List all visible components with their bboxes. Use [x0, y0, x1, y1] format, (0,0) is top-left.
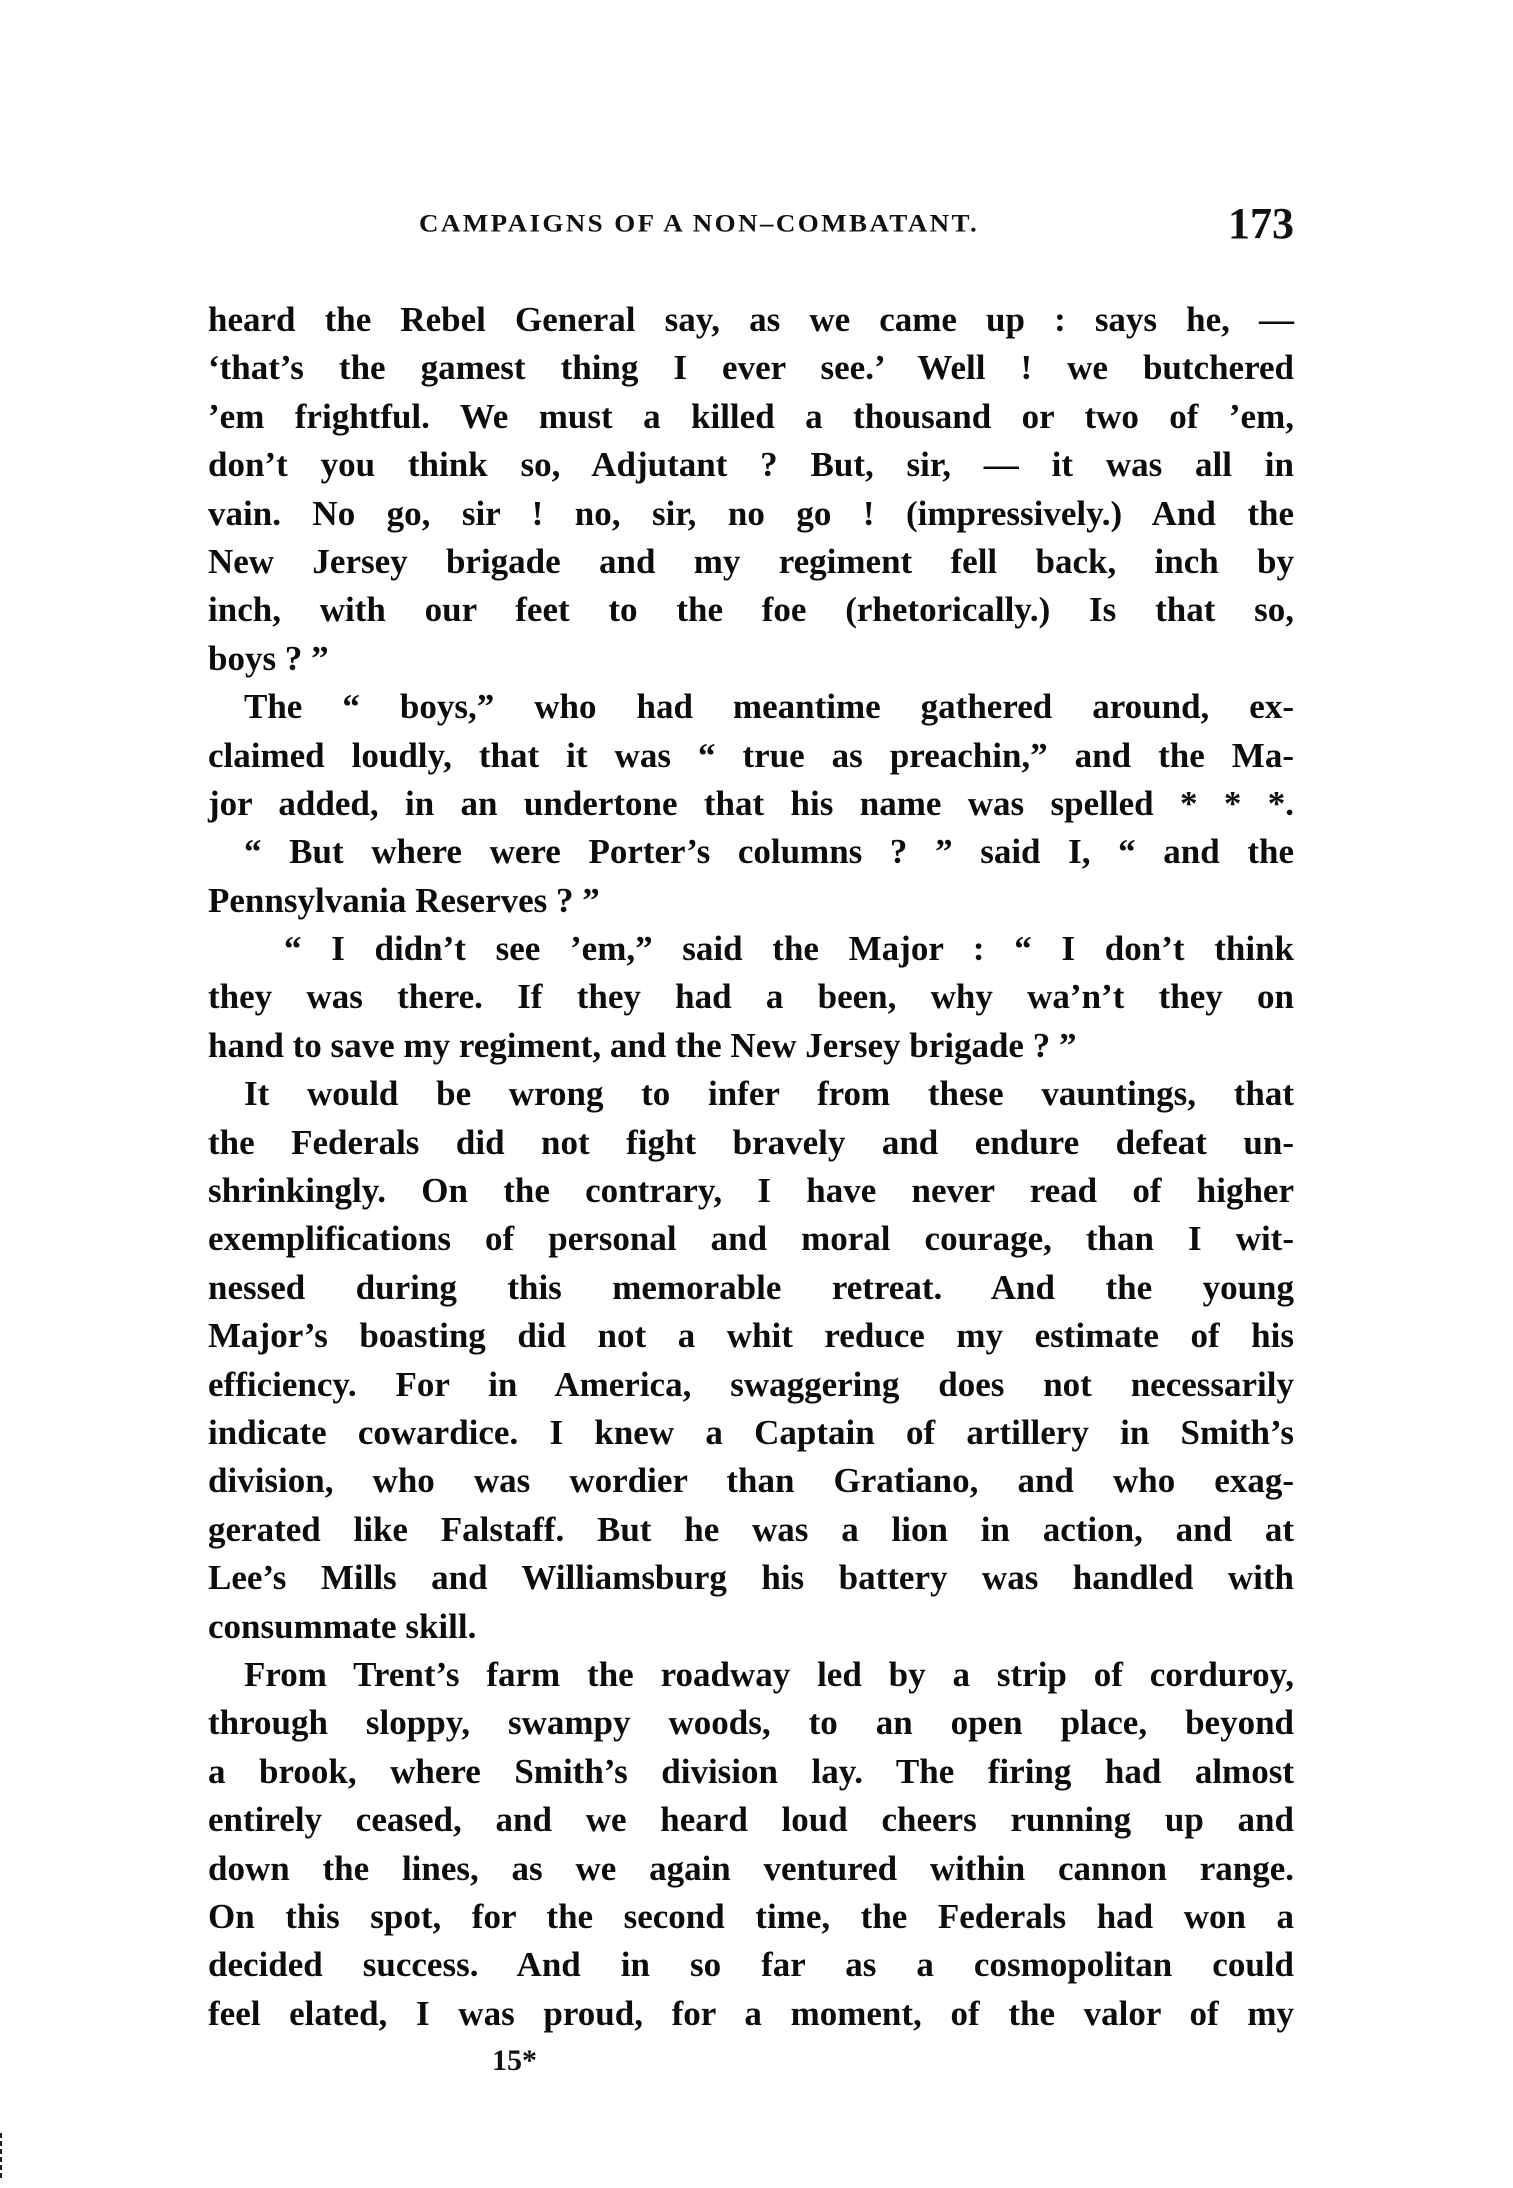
text-line: Major’s boasting did not a whit reduce m… — [208, 1312, 1294, 1360]
text-line: boys ? ” — [208, 635, 1294, 683]
text-line: On this spot, for the second time, the F… — [208, 1893, 1294, 1941]
text-line: claimed loudly, that it was “ true as pr… — [208, 732, 1294, 780]
text-line: From Trent’s farm the roadway led by a s… — [208, 1651, 1294, 1699]
text-line: exemplifications of personal and moral c… — [208, 1215, 1294, 1263]
text-line: decided success. And in so far as a cosm… — [208, 1941, 1294, 1989]
text-line: they was there. If they had a been, why … — [208, 973, 1294, 1021]
text-line: It would be wrong to infer from these va… — [208, 1070, 1294, 1118]
text-line: feel elated, I was proud, for a moment, … — [208, 1990, 1294, 2038]
text-line: down the lines, as we again ventured wit… — [208, 1845, 1294, 1893]
text-line: inch, with our feet to the foe (rhetoric… — [208, 586, 1294, 634]
text-line: Pennsylvania Reserves ? ” — [208, 877, 1294, 925]
text-line: division, who was wordier than Gratiano,… — [208, 1457, 1294, 1505]
page-number: 173 — [1228, 198, 1294, 249]
running-title: CAMPAIGNS OF A NON–COMBATANT. — [419, 209, 979, 238]
text-line: ’em frightful. We must a killed a thousa… — [208, 393, 1294, 441]
running-header: CAMPAIGNS OF A NON–COMBATANT. 173 — [208, 198, 1294, 246]
text-line: consummate skill. — [208, 1603, 1294, 1651]
text-line: efficiency. For in America, swaggering d… — [208, 1361, 1294, 1409]
text-line: entirely ceased, and we heard loud cheer… — [208, 1796, 1294, 1844]
text-line: gerated like Falstaff. But he was a lion… — [208, 1506, 1294, 1554]
text-line: hand to save my regiment, and the New Je… — [208, 1022, 1294, 1070]
scan-edge-mark — [0, 2133, 2, 2179]
text-line: ‘that’s the gamest thing I ever see.’ We… — [208, 344, 1294, 392]
text-line: the Federals did not fight bravely and e… — [208, 1119, 1294, 1167]
text-line: nessed during this memorable retreat. An… — [208, 1264, 1294, 1312]
text-line: jor added, in an undertone that his name… — [208, 780, 1294, 828]
book-page: CAMPAIGNS OF A NON–COMBATANT. 173 heard … — [0, 0, 1513, 2188]
text-line: shrinkingly. On the contrary, I have nev… — [208, 1167, 1294, 1215]
text-line: heard the Rebel General say, as we came … — [208, 296, 1294, 344]
signature-mark: 15* — [492, 2044, 537, 2078]
text-line: The “ boys,” who had meantime gathered a… — [208, 683, 1294, 731]
text-line: don’t you think so, Adjutant ? But, sir,… — [208, 441, 1294, 489]
text-line: indicate cowardice. I knew a Captain of … — [208, 1409, 1294, 1457]
text-line: New Jersey brigade and my regiment fell … — [208, 538, 1294, 586]
text-line: through sloppy, swampy woods, to an open… — [208, 1699, 1294, 1747]
body-text: heard the Rebel General say, as we came … — [208, 296, 1294, 2038]
text-line: vain. No go, sir ! no, sir, no go ! (imp… — [208, 490, 1294, 538]
text-line: “ I didn’t see ’em,” said the Major : “ … — [208, 925, 1294, 973]
text-line: a brook, where Smith’s division lay. The… — [208, 1748, 1294, 1796]
text-line: Lee’s Mills and Williamsburg his battery… — [208, 1554, 1294, 1602]
text-line: “ But where were Porter’s columns ? ” sa… — [208, 828, 1294, 876]
